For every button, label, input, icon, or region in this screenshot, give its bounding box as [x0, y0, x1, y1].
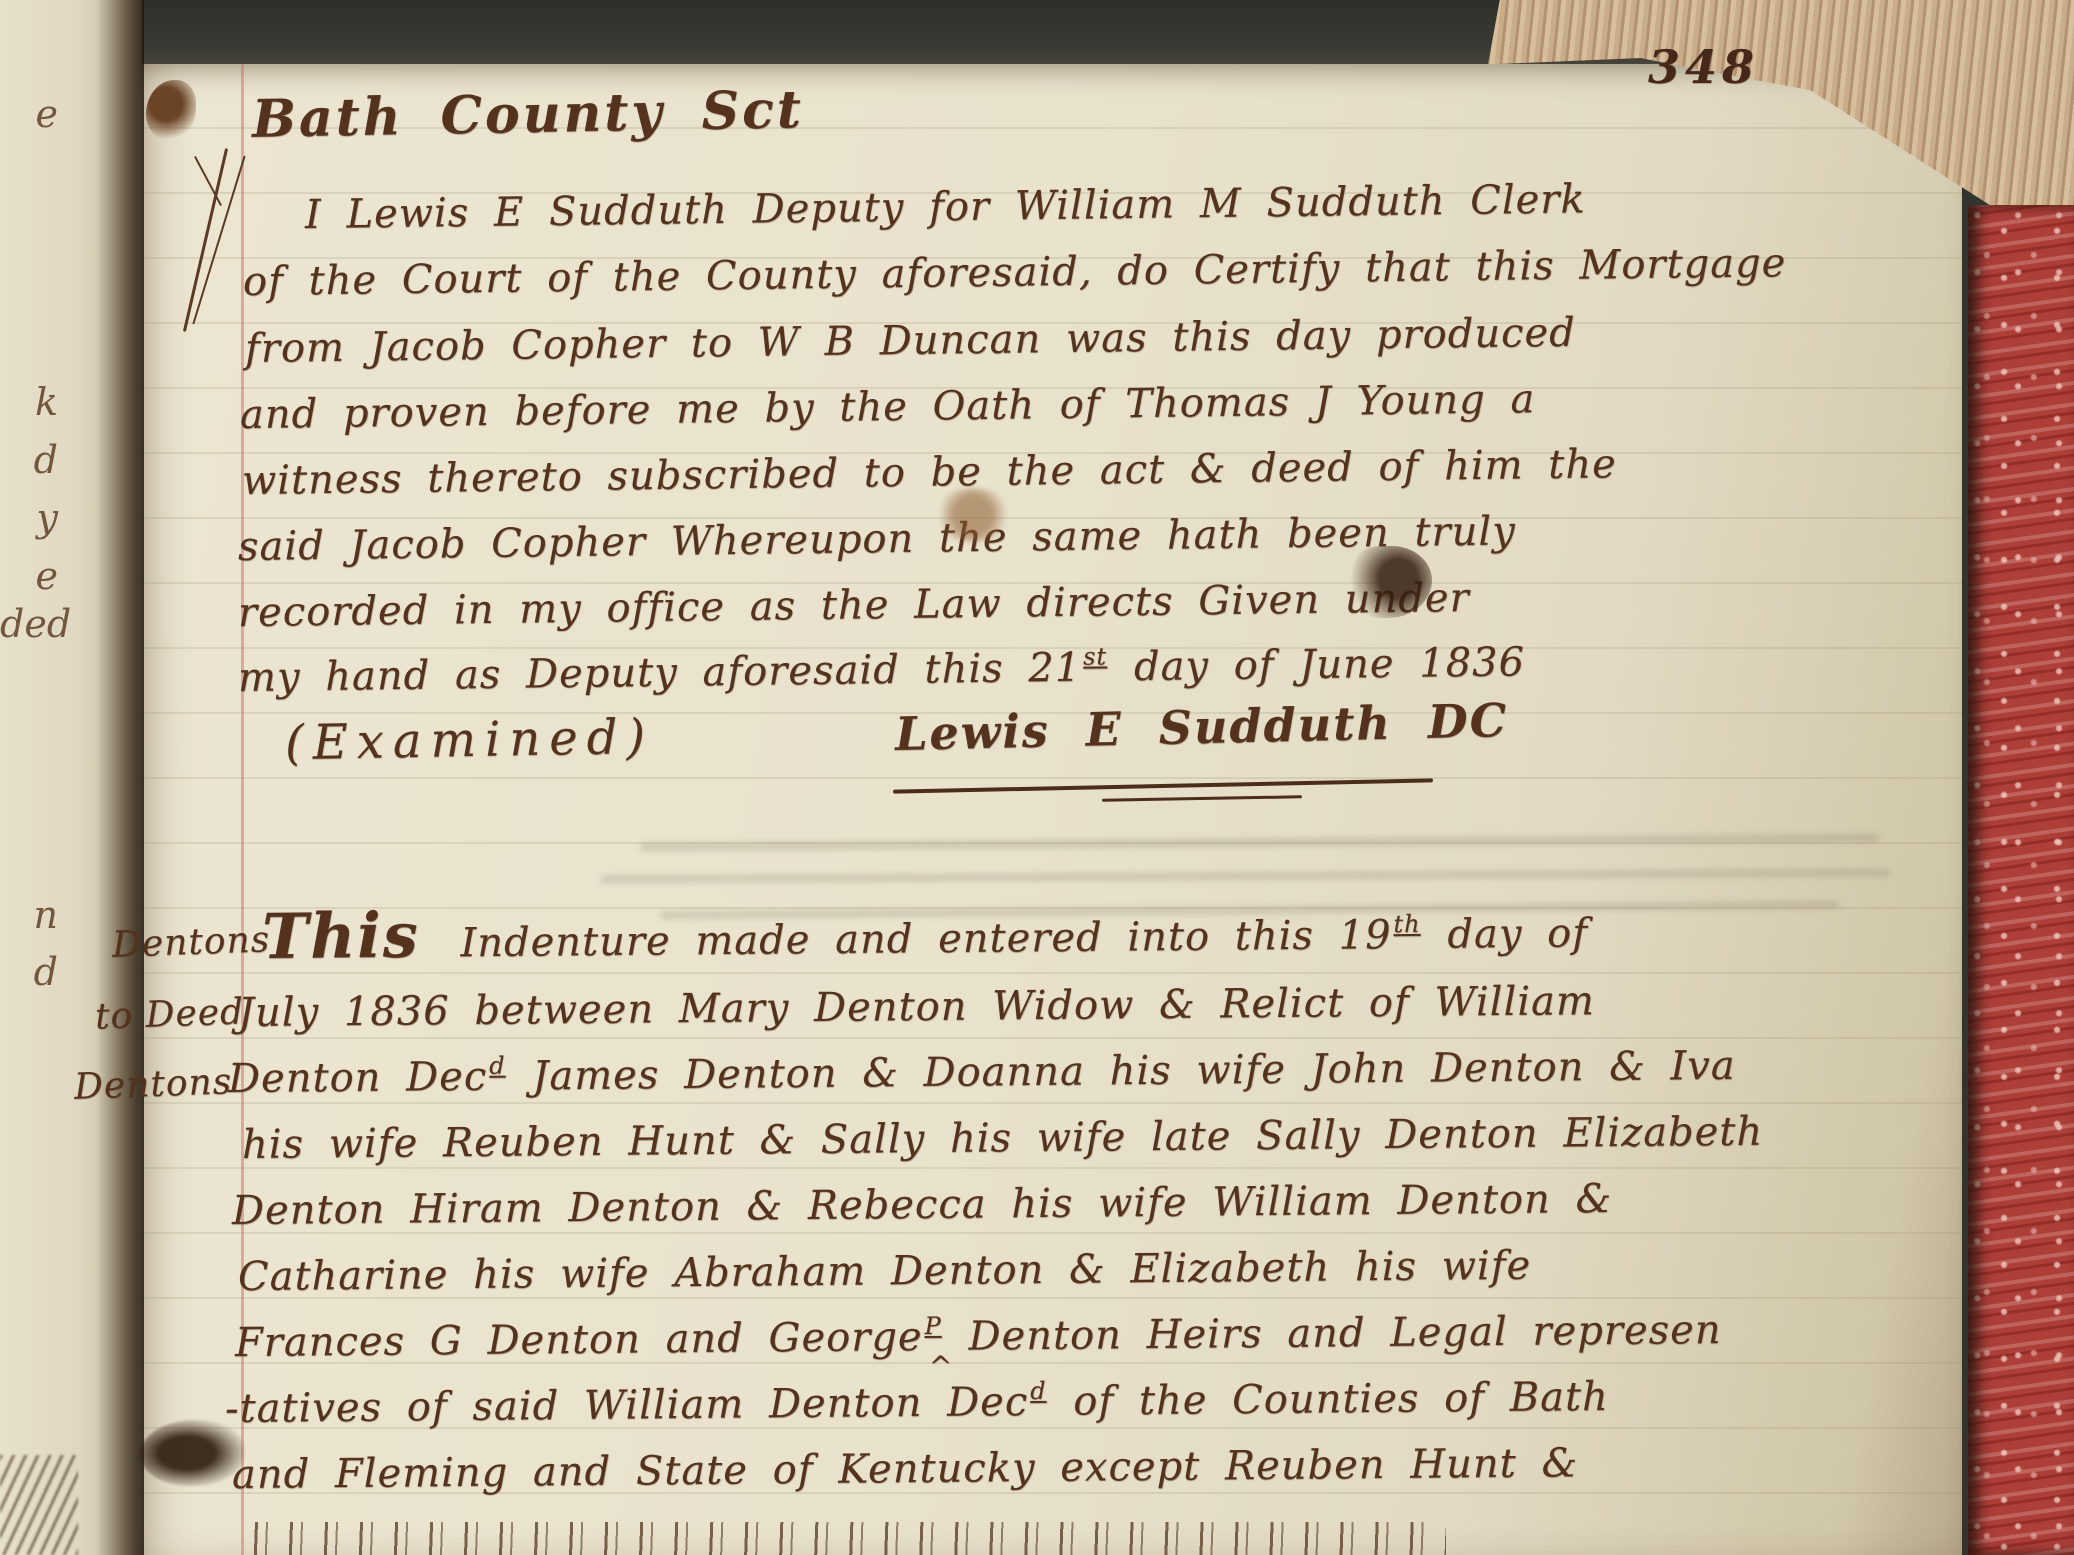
indenture-text: Indenture made and entered into this 19 — [436, 912, 1392, 966]
examined-note: (Examined) — [285, 709, 655, 771]
inserted-letter: P^ — [922, 1314, 944, 1360]
clipped-partial-line — [246, 1522, 1446, 1555]
indenture-text: Frances G Denton and George — [235, 1314, 923, 1366]
clerk-check-mark — [176, 146, 248, 341]
margin-note-line: Dentons — [111, 919, 270, 965]
ordinal-superscript: th — [1393, 910, 1420, 938]
left-page-text-fragment: e — [0, 92, 58, 136]
ledger-photo: e k d y e ded n d 348 Bath County Sct I … — [0, 0, 2074, 1555]
indenture-lead-word: This — [262, 899, 420, 973]
indenture-text: of the Counties of Bath — [1048, 1374, 1609, 1425]
abbreviation-superscript: d — [1030, 1377, 1047, 1405]
red-marbled-fore-edge — [1968, 205, 2074, 1555]
abbreviation-superscript: d — [489, 1052, 506, 1080]
left-page-text-fragment: n — [0, 893, 58, 937]
date-line-text: day of June 1836 — [1109, 639, 1525, 690]
ordinal-superscript: st — [1083, 642, 1107, 670]
indenture-text: Denton Dec — [228, 1054, 488, 1102]
left-page-text-fragment: d — [0, 950, 58, 994]
inserted-superscript: P — [924, 1312, 941, 1340]
page-number: 348 — [1648, 40, 1759, 94]
left-page-text-fragment: k — [0, 380, 58, 424]
margin-note-line: Dentons — [73, 1061, 232, 1107]
insertion-caret: ^ — [929, 1350, 954, 1383]
margin-note-line: to Deed — [94, 991, 244, 1037]
left-page-text-fragment: y — [0, 496, 58, 540]
county-heading: Bath County Sct — [252, 79, 805, 150]
indenture-text: day of — [1422, 910, 1588, 957]
left-page-text-fragment: ded — [0, 602, 58, 646]
binding-gutter-shadow — [96, 0, 144, 1555]
indenture-line: This Indenture made and entered into thi… — [262, 888, 1589, 973]
indenture-text: -tatives of said William Denton Dec — [225, 1379, 1029, 1432]
indenture-text: Denton Heirs and Legal represen — [944, 1307, 1722, 1360]
left-page-text-fragment: e — [0, 554, 58, 598]
left-page-text-fragment: d — [0, 438, 58, 482]
